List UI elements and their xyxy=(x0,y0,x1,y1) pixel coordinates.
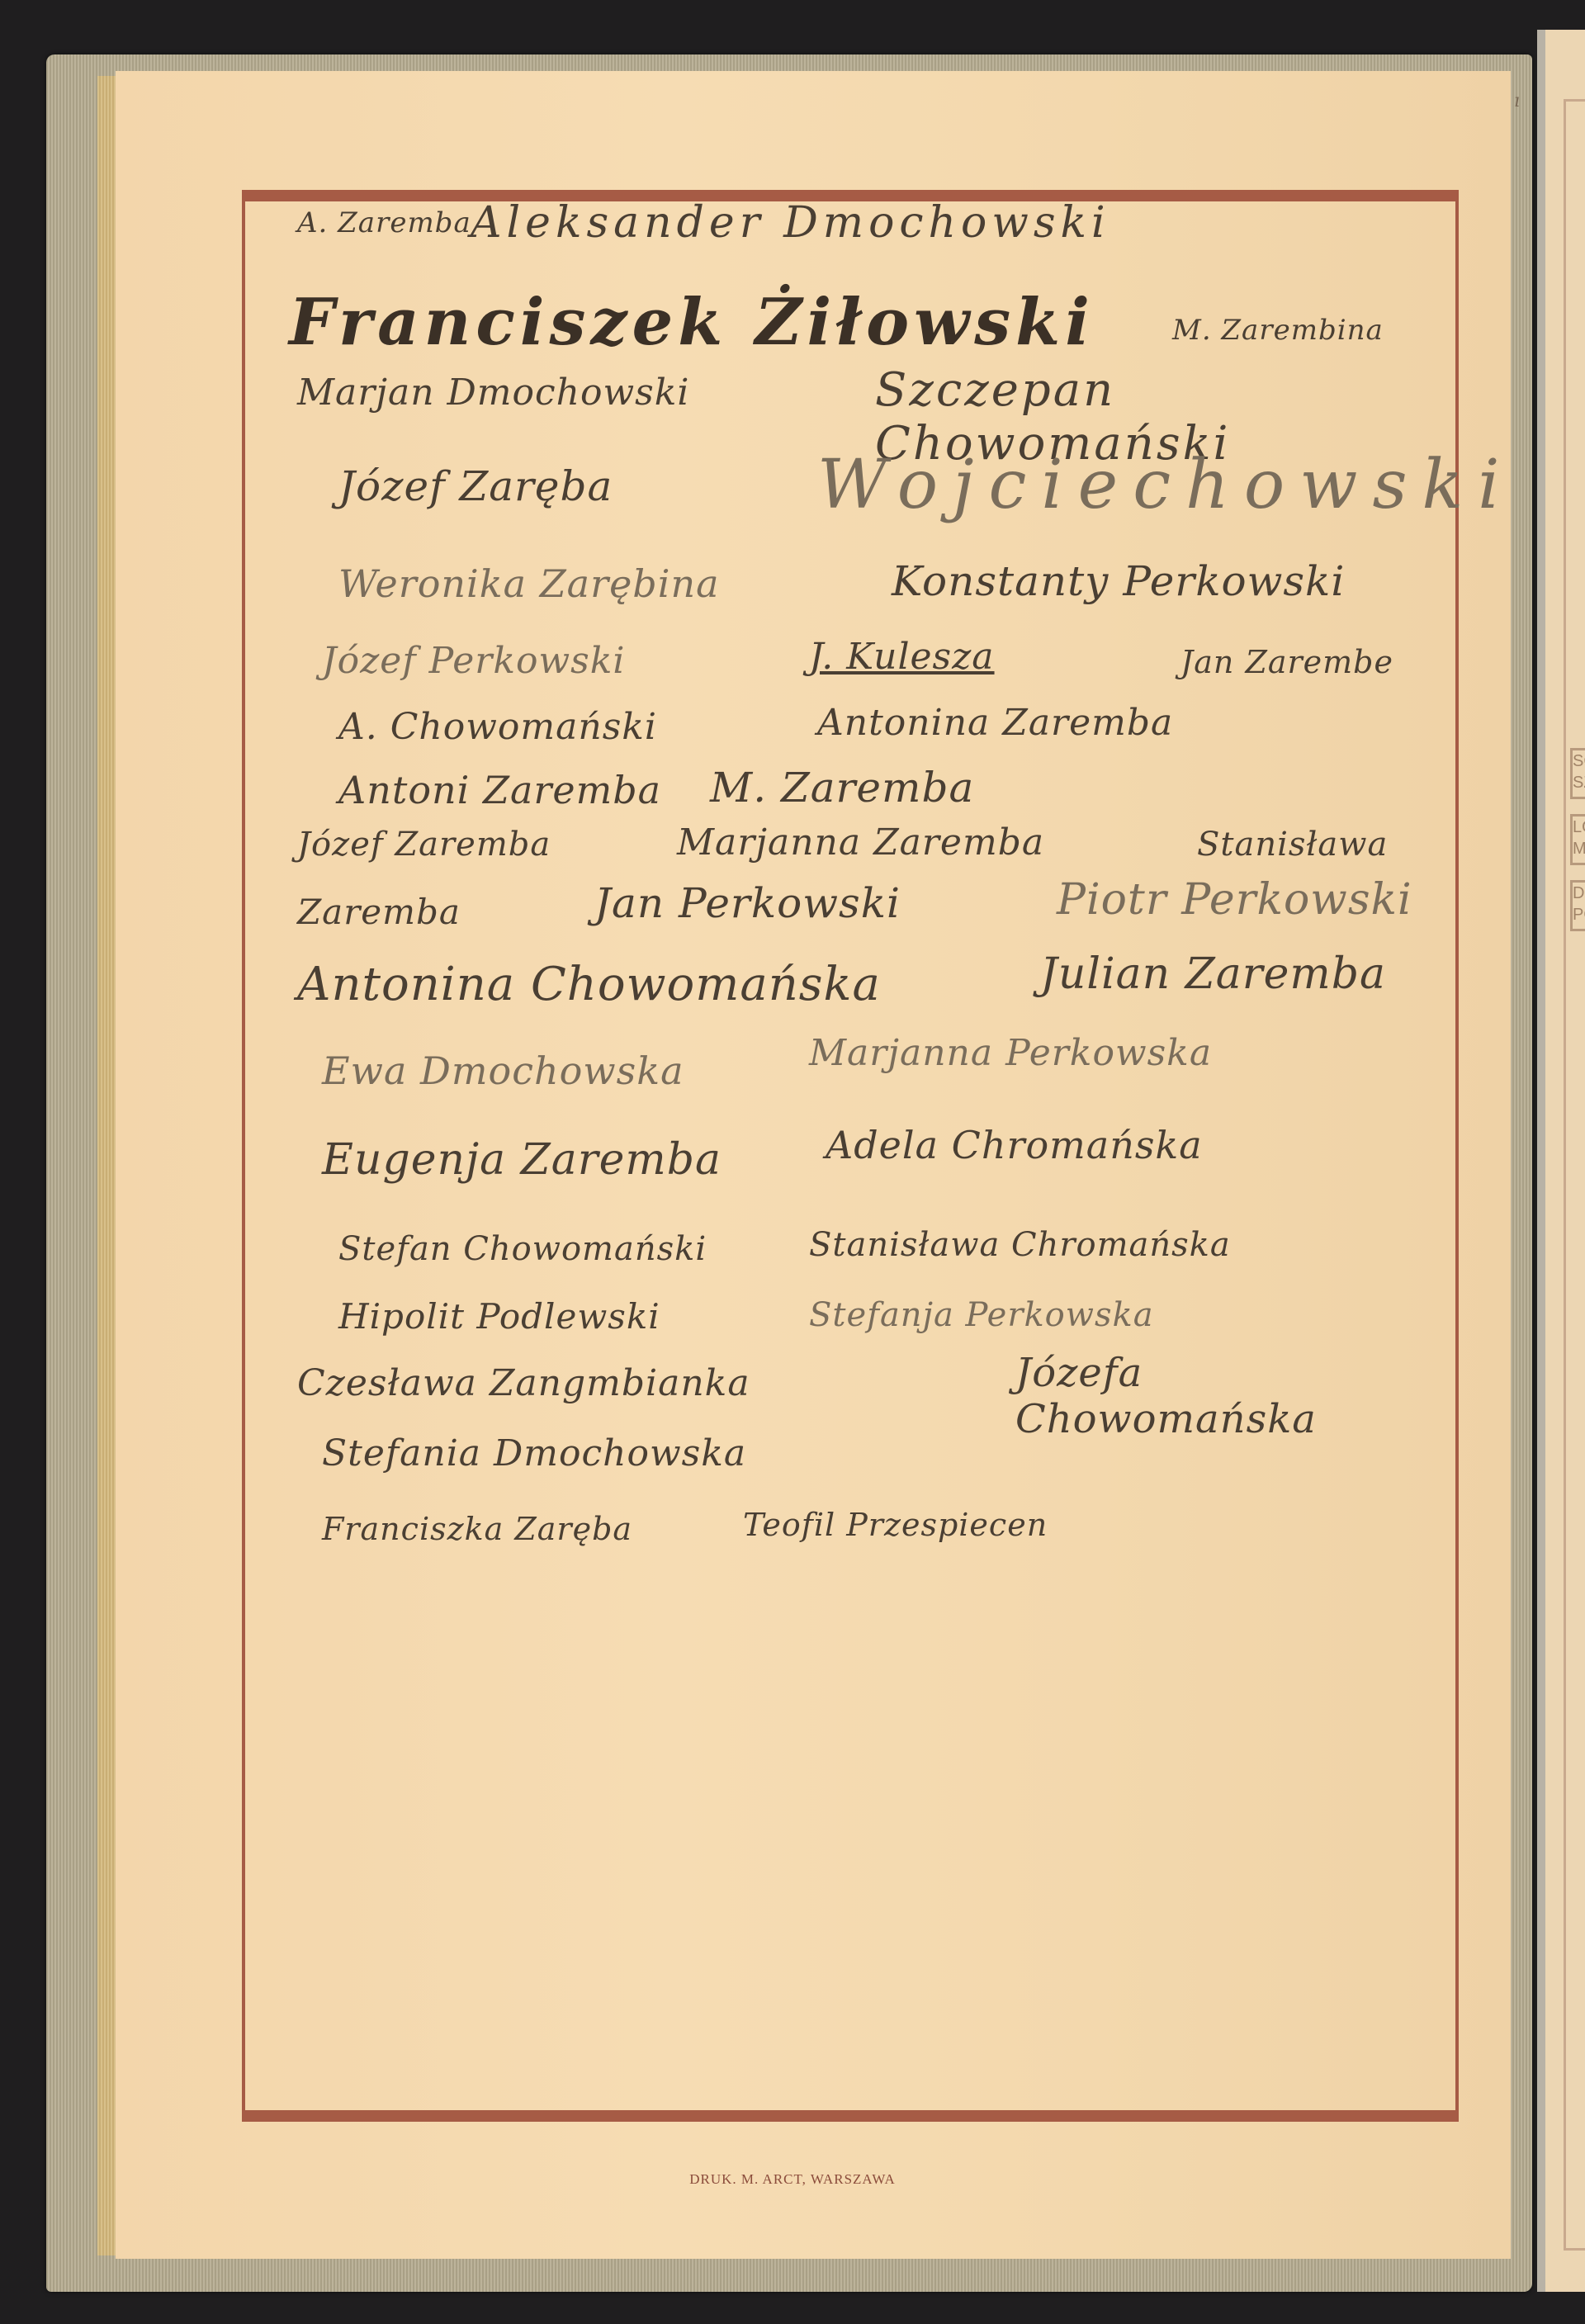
signature: Antoni Zaremba xyxy=(338,768,661,812)
signature: M. Zaremba xyxy=(710,764,974,812)
signature: Jan Perkowski xyxy=(594,879,901,927)
signature: Weronika Zarębina xyxy=(338,561,720,606)
signature: Adela Chromańska xyxy=(826,1123,1203,1167)
signature: J. Kulesza xyxy=(809,636,995,678)
signature: Teofil Przespiecen xyxy=(743,1507,1048,1543)
signature: Marjan Dmochowski xyxy=(297,372,689,414)
signature: Stefania Dmochowska xyxy=(322,1432,746,1474)
signature: Stefan Chowomański xyxy=(338,1230,707,1268)
signature: Piotr Perkowski xyxy=(1057,875,1412,925)
signature: Józef Perkowski xyxy=(322,640,625,682)
signature: Stanisława Chromańska xyxy=(809,1226,1231,1264)
signature: Jan Zarembe xyxy=(1180,644,1393,680)
signature-list: A. Zaremba Aleksander Dmochowski Francis… xyxy=(248,198,1453,1849)
signature: Antonina Chowomańska xyxy=(297,958,881,1011)
signature: Marjanna Zaremba xyxy=(677,821,1044,864)
signature: Marjanna Perkowska xyxy=(809,1032,1212,1074)
signature: Hipolit Podlewski xyxy=(338,1296,660,1337)
signature: Aleksander Dmochowski xyxy=(471,198,1110,248)
signature: Józef Zaręba xyxy=(338,462,613,510)
signature: Stanisława xyxy=(1197,826,1388,864)
adjacent-page: SC SZ LO MI DI PO xyxy=(1537,30,1585,2292)
adjacent-page-fragment: DI PO xyxy=(1570,880,1585,931)
signature: Czesława Zangmbianka xyxy=(297,1362,750,1404)
adjacent-page-fragment: SC SZ xyxy=(1570,748,1585,799)
signature: Józefa Chowomańska xyxy=(1015,1350,1453,1442)
signature: A. Zaremba xyxy=(297,206,471,239)
signature: Antonina Zaremba xyxy=(817,702,1173,744)
signature: Franciszka Zaręba xyxy=(322,1511,632,1547)
signature: Franciszek Żiłowski xyxy=(289,285,1095,360)
signature: Stefanja Perkowska xyxy=(809,1296,1154,1334)
adjacent-page-border xyxy=(1564,99,1585,2251)
signature: Eugenja Zaremba xyxy=(322,1135,722,1185)
signature: M. Zarembina xyxy=(1172,314,1384,347)
stray-ink-mark: ı xyxy=(1514,91,1520,111)
printer-imprint: DRUK. M. ARCT, WARSZAWA xyxy=(0,2171,1585,2188)
signature: Zaremba xyxy=(297,892,461,932)
signature: Wojciechowski xyxy=(817,446,1514,524)
signature: A. Chowomański xyxy=(338,706,657,748)
adjacent-page-fragment: LO MI xyxy=(1570,814,1585,865)
signature: Józef Zaremba xyxy=(297,826,551,864)
signature: Ewa Dmochowska xyxy=(322,1048,684,1093)
signature: Konstanty Perkowski xyxy=(892,557,1345,605)
signature: Julian Zaremba xyxy=(1040,949,1386,999)
